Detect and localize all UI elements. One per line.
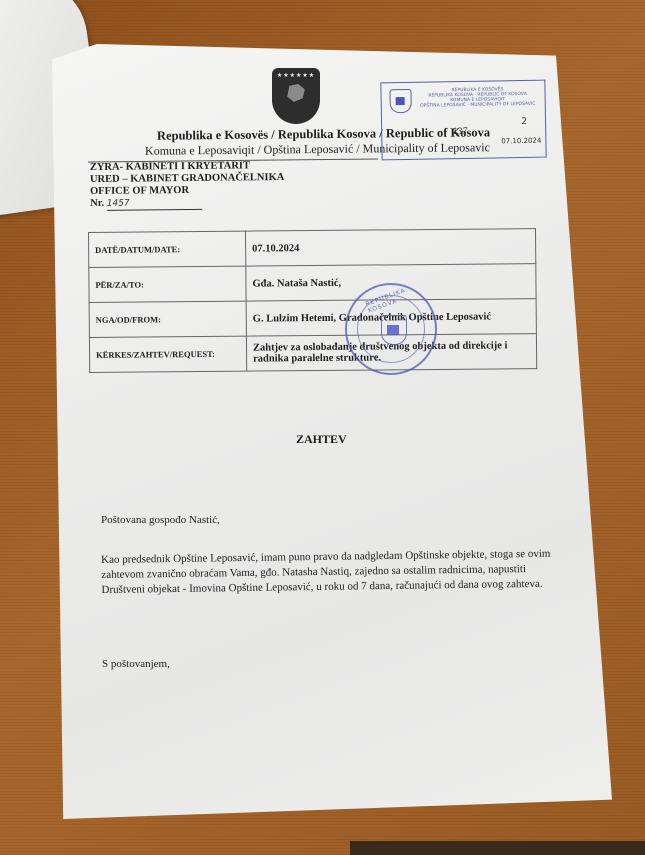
office-line-serbian: URED – KABINET GRADONAČELNIKA — [90, 172, 284, 186]
coat-of-arms-icon: ★★★★★★ — [272, 68, 320, 124]
document-content: ★★★★★★ Republika e Kosovës / Republika K… — [0, 0, 645, 855]
table-row: PËR/ZA/TO: Gđa. Nataša Nastić, — [89, 264, 536, 303]
row-label: PËR/ZA/TO: — [89, 266, 246, 302]
stars-icon: ★★★★★★ — [277, 72, 315, 79]
office-block: ZYRA- KABINETI I KRYETARIT URED – KABINE… — [90, 160, 285, 211]
table-row: NGA/OD/FROM: G. Lulzim Hetemi, Gradonače… — [89, 299, 536, 338]
stamp-emblem-icon — [389, 89, 411, 113]
office-number: Nr. 1457 — [90, 196, 285, 211]
stamp-date: 07.10.2024 — [501, 137, 541, 146]
stamp-handwritten-number: 137 — [452, 126, 467, 137]
row-label: KËRKES/ZAHTEV/REQUEST: — [89, 336, 246, 372]
table-row: KËRKES/ZAHTEV/REQUEST: Zahtjev za osloba… — [89, 334, 536, 373]
row-label: NGA/OD/FROM: — [89, 301, 246, 337]
row-value: 07.10.2024 — [245, 229, 535, 267]
salutation: Poštovana gospođo Nastić, — [101, 514, 220, 526]
kosovo-map-icon — [285, 84, 307, 102]
stamp-line: OPŠTINA LEPOSAVIĆ · MUNICIPALITY OF LEPO… — [416, 102, 540, 109]
nr-value: 1457 — [107, 197, 202, 211]
body-paragraph: Kao predsednik Opštine Leposavić, imam p… — [101, 547, 552, 598]
document-title: ZAHTEV — [296, 432, 347, 447]
registry-stamp: REPUBLIKA E KOSOVËS REPUBLIKA KOSOVA · R… — [380, 80, 546, 161]
stamp-emblem-icon — [381, 315, 407, 345]
stamp-text: REPUBLIKA E KOSOVËS REPUBLIKA KOSOVA · R… — [415, 87, 539, 109]
row-label: DATË/DATUM/DATE: — [89, 231, 246, 267]
table-row: DATË/DATUM/DATE: 07.10.2024 — [89, 229, 536, 268]
header-table: DATË/DATUM/DATE: 07.10.2024 PËR/ZA/TO: G… — [88, 228, 537, 373]
stamp-number: 2 — [521, 117, 527, 127]
nr-label: Nr. — [90, 198, 104, 209]
official-round-stamp: REPUBLIKA KOSOVA — [345, 283, 437, 375]
closing: S poštovanjem, — [102, 658, 170, 670]
